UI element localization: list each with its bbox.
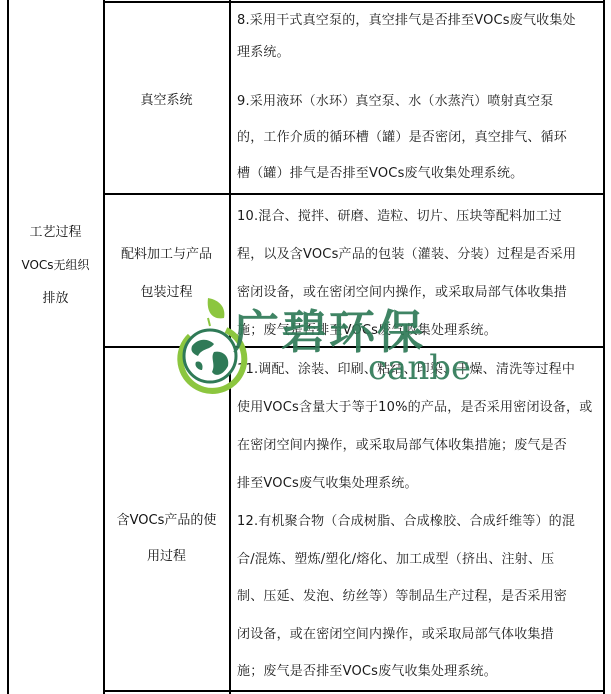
item-9: 9.采用液环（水环）真空泵、水（水蒸汽）喷射真空泵 的，工作介质的循环槽（罐）是… <box>237 84 599 192</box>
subcategory-vacuum-system: 真空系统 <box>104 84 229 117</box>
text-line: 使用VOCs含量大于等于10%的产品，是否采用密闭设备，或 <box>237 389 599 427</box>
inspection-table: 工艺过程 VOCs无组织 排放 真空系统 8.采用干式真空泵的，真空排气是否排至… <box>0 0 611 694</box>
text-line: 制、压延、发泡、纺丝等）等制品生产过程，是否采用密 <box>237 578 599 616</box>
category-line: 工艺过程 <box>8 216 103 249</box>
table-border-left <box>7 0 9 694</box>
text-line: 8.采用干式真空泵的，真空排气是否排至VOCs废气收集处 <box>237 5 599 37</box>
text-line: 9.采用液环（水环）真空泵、水（水蒸汽）喷射真空泵 <box>237 84 599 120</box>
text-line: 在密闭空间内操作，或采取局部气体收集措施；废气是否 <box>237 427 599 465</box>
text-line: 10.混合、搅拌、研磨、造粒、切片、压块等配料加工过 <box>237 198 599 236</box>
text-line: 合/混炼、塑炼/塑化/熔化、加工成型（挤出、注射、压 <box>237 541 599 579</box>
category-line: 排放 <box>8 282 103 315</box>
subcategory-label: 用过程 <box>104 539 229 575</box>
item-8: 8.采用干式真空泵的，真空排气是否排至VOCs废气收集处 理系统。 <box>237 5 599 69</box>
row-divider-top <box>103 1 605 3</box>
subcategory-mixing-packaging: 配料加工与产品 包装过程 <box>104 236 229 312</box>
text-line: 的，工作介质的循环槽（罐）是否密闭，真空排气、循环 <box>237 120 599 156</box>
text-line: 密闭设备，或在密闭空间内操作，或采取局部气体收集措 <box>237 274 599 312</box>
subcategory-label: 配料加工与产品 <box>104 236 229 274</box>
text-line: 槽（罐）排气是否排至VOCs废气收集处理系统。 <box>237 156 599 192</box>
subcategory-label: 包装过程 <box>104 274 229 312</box>
subcategory-label: 含VOCs产品的使 <box>104 503 229 539</box>
text-line: 施；废气是否排至VOCs废气收集处理系统。 <box>237 653 599 691</box>
text-line: 排至VOCs废气收集处理系统。 <box>237 465 599 503</box>
item-12: 12.有机聚合物（合成树脂、合成橡胶、合成纤维等）的混 合/混炼、塑炼/塑化/熔… <box>237 503 599 691</box>
text-line: 11.调配、涂装、印刷、粘结、印染、干燥、清洗等过程中 <box>237 351 599 389</box>
category-line: VOCs无组织 <box>8 249 103 282</box>
subcategory-label: 真空系统 <box>104 84 229 117</box>
text-line: 施；废气是否排至VOCs废气收集处理系统。 <box>237 312 599 350</box>
text-line: 12.有机聚合物（合成树脂、合成橡胶、合成纤维等）的混 <box>237 503 599 541</box>
row-divider-1 <box>103 193 605 195</box>
subcategory-vocs-product-use: 含VOCs产品的使 用过程 <box>104 503 229 575</box>
item-11: 11.调配、涂装、印刷、粘结、印染、干燥、清洗等过程中 使用VOCs含量大于等于… <box>237 351 599 503</box>
text-line: 程，以及含VOCs产品的包装（灌装、分装）过程是否采用 <box>237 236 599 274</box>
text-line: 闭设备，或在密闭空间内操作，或采取局部气体收集措 <box>237 616 599 654</box>
item-10: 10.混合、搅拌、研磨、造粒、切片、压块等配料加工过 程，以及含VOCs产品的包… <box>237 198 599 350</box>
category-cell: 工艺过程 VOCs无组织 排放 <box>8 216 103 315</box>
text-line: 理系统。 <box>237 37 599 69</box>
